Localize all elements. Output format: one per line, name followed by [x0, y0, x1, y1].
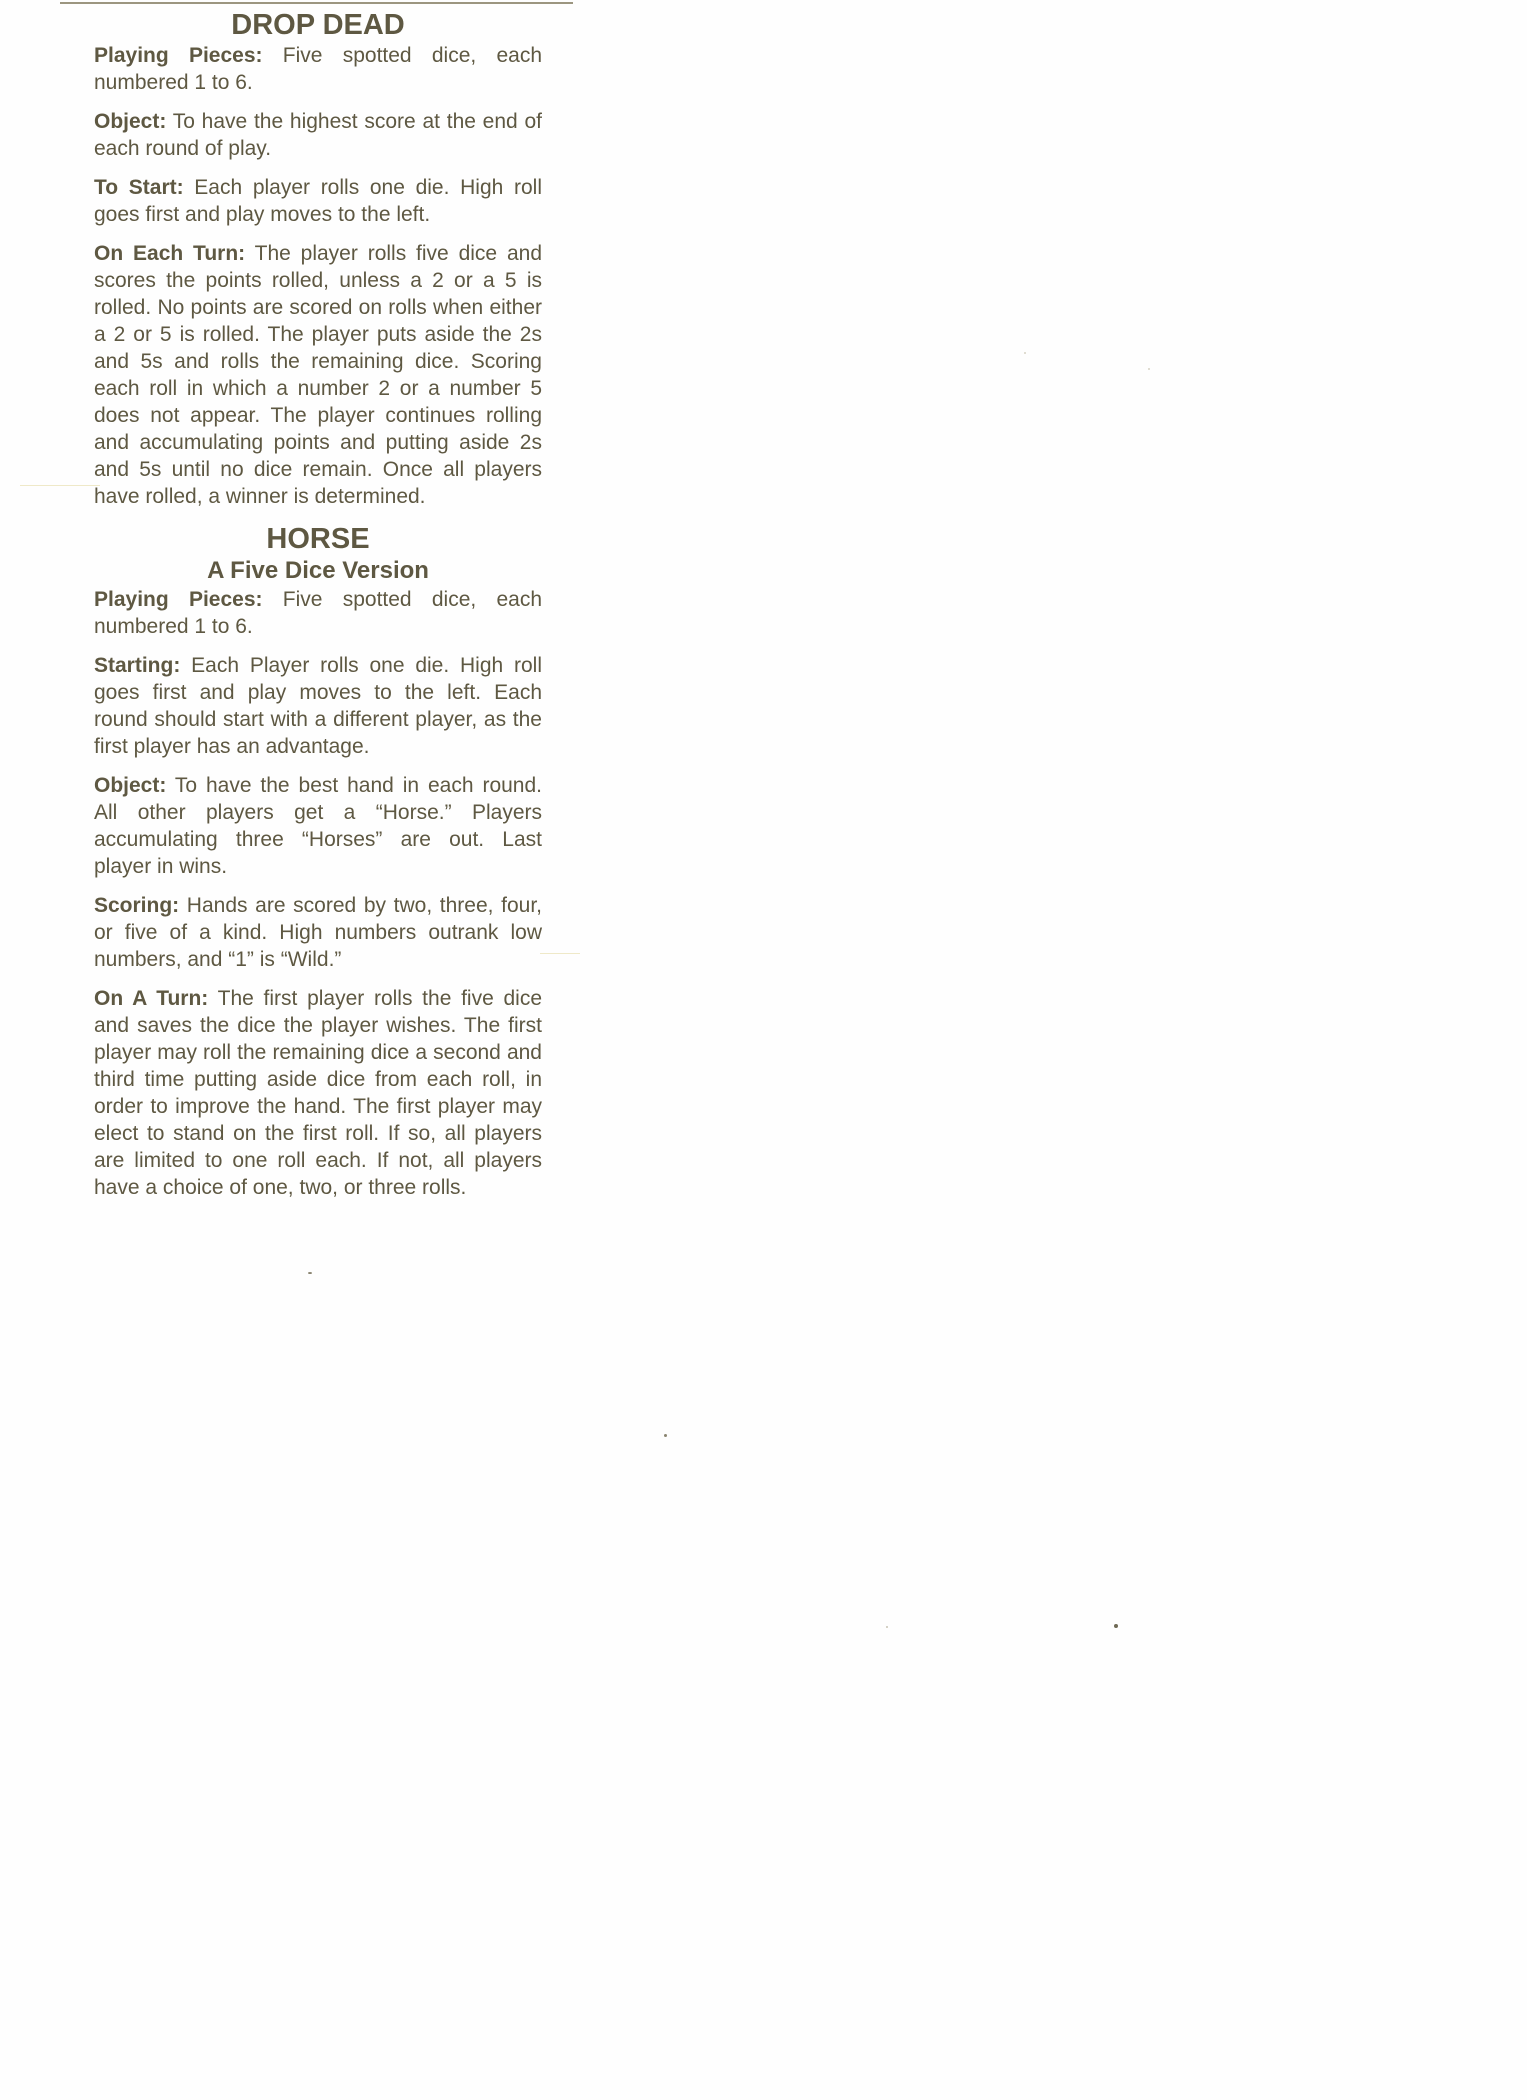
- paragraph-label: Object:: [94, 110, 166, 133]
- paragraph-label: Scoring:: [94, 894, 179, 917]
- paragraph-text: The first player rolls the five dice and…: [94, 987, 542, 1199]
- scan-artifact-line: [20, 485, 100, 486]
- scan-artifact-line: [540, 953, 580, 954]
- scan-speck: [886, 1626, 888, 1628]
- scan-speck: [1024, 352, 1026, 354]
- paragraph-text: The player rolls five dice and scores th…: [94, 242, 542, 508]
- section-horse: HORSE A Five Dice Version Playing Pieces…: [94, 522, 542, 1201]
- section-title: DROP DEAD: [94, 8, 542, 42]
- paragraph-on-a-turn: On A Turn: The first player rolls the fi…: [94, 985, 542, 1201]
- scan-speck: [308, 1272, 312, 1274]
- paragraph-playing-pieces: Playing Pieces: Five spotted dice, each …: [94, 586, 542, 640]
- paragraph-label: To Start:: [94, 176, 184, 199]
- paragraph-object: Object: To have the highest score at the…: [94, 108, 542, 162]
- top-rule: [60, 2, 573, 4]
- paragraph-label: Object:: [94, 774, 166, 797]
- paragraph-label: Playing Pieces:: [94, 44, 263, 67]
- paragraph-starting: Starting: Each Player rolls one die. Hig…: [94, 652, 542, 760]
- paragraph-label: On Each Turn:: [94, 242, 245, 265]
- scan-speck: [1114, 1624, 1118, 1628]
- paragraph-to-start: To Start: Each player rolls one die. Hig…: [94, 174, 542, 228]
- paragraph-label: On A Turn:: [94, 987, 208, 1010]
- scan-speck: [664, 1434, 667, 1437]
- paragraph-on-each-turn: On Each Turn: The player rolls five dice…: [94, 240, 542, 510]
- paragraph-playing-pieces: Playing Pieces: Five spotted dice, each …: [94, 42, 542, 96]
- paragraph-label: Playing Pieces:: [94, 588, 263, 611]
- section-title: HORSE: [94, 522, 542, 556]
- paragraph-label: Starting:: [94, 654, 180, 677]
- scan-speck: [1148, 368, 1150, 370]
- section-drop-dead: DROP DEAD Playing Pieces: Five spotted d…: [94, 8, 542, 510]
- section-subtitle: A Five Dice Version: [94, 556, 542, 586]
- rules-column: DROP DEAD Playing Pieces: Five spotted d…: [94, 8, 542, 1213]
- paragraph-scoring: Scoring: Hands are scored by two, three,…: [94, 892, 542, 973]
- paragraph-object: Object: To have the best hand in each ro…: [94, 772, 542, 880]
